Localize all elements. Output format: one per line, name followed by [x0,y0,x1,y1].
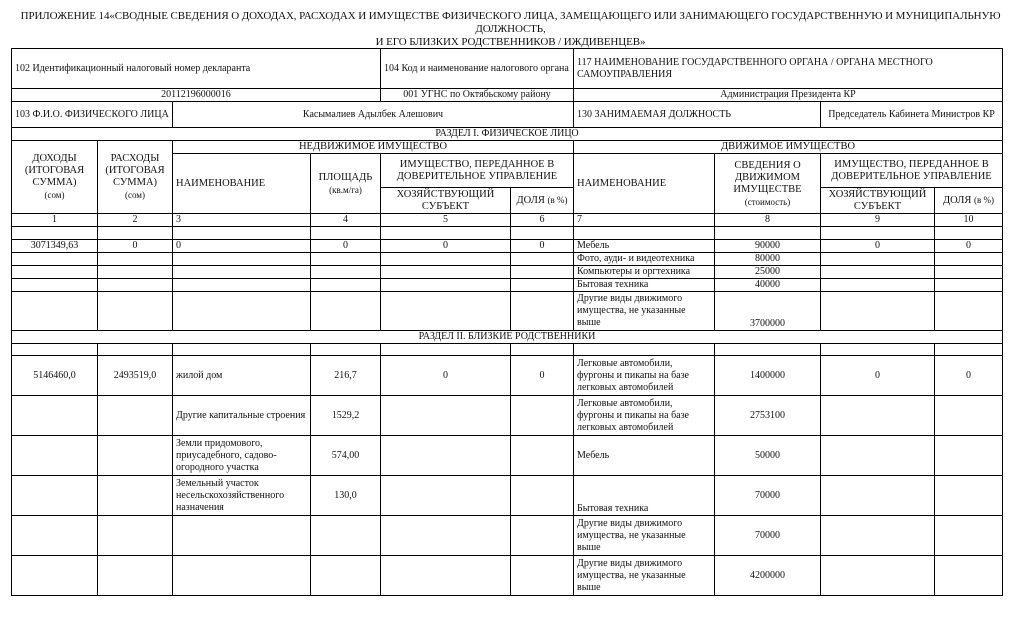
cell-mv-entity: 0 [821,240,935,253]
col-expenses-header: РАСХОДЫ (ИТОГОВАЯ СУММА) (сом) [98,141,173,214]
col-mv-info-header: СВЕДЕНИЯ О ДВИЖИМОМ ИМУЩЕСТВЕ (стоимость… [715,154,821,214]
col-number: 1 [12,214,98,227]
cell-expenses: 2493519,0 [98,356,173,396]
cell-mv-value: 25000 [715,266,821,279]
col-mv-share-unit: (в %) [974,195,994,205]
cell-mv-name: Мебель [574,240,715,253]
col-mv-trust-header: ИМУЩЕСТВО, ПЕРЕДАННОЕ В ДОВЕРИТЕЛЬНОЕ УП… [821,154,1003,188]
field-103-label: 103 Ф.И.О. ФИЗИЧЕСКОГО ЛИЦА [12,102,173,128]
table-row: Другие виды движимого имущества, не указ… [12,516,1003,556]
col-number: 8 [715,214,821,227]
title-line-1: ПРИЛОЖЕНИЕ 14«СВОДНЫЕ СВЕДЕНИЯ О ДОХОДАХ… [0,10,1021,36]
section-1-title: РАЗДЕЛ I. ФИЗИЧЕСКОЕ ЛИЦО [12,128,1003,141]
column-group-row: ДОХОДЫ (ИТОГОВАЯ СУММА) (сом) РАСХОДЫ (И… [12,141,1003,154]
field-117-label: 117 НАИМЕНОВАНИЕ ГОСУДАРСТВЕННОГО ОРГАНА… [574,49,1003,89]
header-values-row: 20112196000016 001 УГНС по Октябьскому р… [12,89,1003,102]
cell-area: 574,00 [311,436,381,476]
cell-re-share: 0 [511,356,574,396]
cell-re-name: Другие капитальные строения [173,396,311,436]
col-number: 4 [311,214,381,227]
cell-income: 3071349,63 [12,240,98,253]
cell-mv-value: 1400000 [715,356,821,396]
col-re-share-header: ДОЛЯ (в %) [511,188,574,214]
table-row: 3071349,63 0 0 0 0 0 Мебель 90000 0 0 [12,240,1003,253]
section-2-title: РАЗДЕЛ II. БЛИЗКИЕ РОДСТВЕННИКИ [12,331,1003,344]
cell-re-name: Земли придомового, приусадебного, садово… [173,436,311,476]
col-number: 6 [511,214,574,227]
cell-mv-name: Легковые автомобили, фургоны и пикапы на… [574,396,715,436]
cell-income: 5146460,0 [12,356,98,396]
cell-mv-value: 2753100 [715,396,821,436]
declaration-table: 102 Идентификационный налоговый номер де… [11,48,1003,596]
cell-mv-value: 80000 [715,253,821,266]
table-row: Земли придомового, приусадебного, садово… [12,436,1003,476]
col-number: 2 [98,214,173,227]
cell-mv-name: Легковые автомобили, фургоны и пикапы на… [574,356,715,396]
col-area-header: ПЛОЩАДЬ (кв.м/га) [311,154,381,214]
col-area-label: ПЛОЩАДЬ [314,172,377,184]
cell-re-name: 0 [173,240,311,253]
cell-expenses: 0 [98,240,173,253]
cell-area: 130,0 [311,476,381,516]
cell-mv-value: 50000 [715,436,821,476]
field-103-value: Касымалиев Адылбек Алешович [173,102,574,128]
table-row: Другие виды движимого имущества, не указ… [12,292,1003,331]
section-1-title-row: РАЗДЕЛ I. ФИЗИЧЕСКОЕ ЛИЦО [12,128,1003,141]
col-number: 10 [935,214,1003,227]
cell-mv-name: Мебель [574,436,715,476]
table-row: Земельный участок несельскохозяйственног… [12,476,1003,516]
col-movable-group: ДВИЖИМОЕ ИМУЩЕСТВО [574,141,1003,154]
col-number: 7 [574,214,715,227]
col-mv-info-unit: (стоимость) [718,196,817,208]
cell-mv-name: Другие виды движимого имущества, не указ… [574,556,715,596]
table-row: Компьютеры и оргтехника 25000 [12,266,1003,279]
cell-re-name: Земельный участок несельскохозяйственног… [173,476,311,516]
cell-mv-value: 3700000 [715,292,821,331]
col-income-header: ДОХОДЫ (ИТОГОВАЯ СУММА) (сом) [12,141,98,214]
field-102-value: 20112196000016 [12,89,381,102]
table-row: Другие виды движимого имущества, не указ… [12,556,1003,596]
document-title: ПРИЛОЖЕНИЕ 14«СВОДНЫЕ СВЕДЕНИЯ О ДОХОДАХ… [0,10,1021,49]
col-re-entity-header: ХОЗЯЙСТВУЮЩИЙ СУБЪЕКТ [381,188,511,214]
field-117-value: Администрация Президента КР [574,89,1003,102]
col-re-trust-header: ИМУЩЕСТВО, ПЕРЕДАННОЕ В ДОВЕРИТЕЛЬНОЕ УП… [381,154,574,188]
header-labels-row: 102 Идентификационный налоговый номер де… [12,49,1003,89]
cell-mv-value: 4200000 [715,556,821,596]
cell-area: 0 [311,240,381,253]
cell-re-entity: 0 [381,356,511,396]
cell-mv-value: 40000 [715,279,821,292]
cell-area: 216,7 [311,356,381,396]
field-104-value: 001 УГНС по Октябьскому району [381,89,574,102]
col-re-name-header: НАИМЕНОВАНИЕ [173,154,311,214]
col-expenses-label: РАСХОДЫ (ИТОГОВАЯ СУММА) [101,153,169,189]
field-102-label: 102 Идентификационный налоговый номер де… [12,49,381,89]
col-mv-share-header: ДОЛЯ (в %) [935,188,1003,214]
table-row: Фото, ауди- и видеотехника 80000 [12,253,1003,266]
col-number: 5 [381,214,511,227]
col-income-label: ДОХОДЫ (ИТОГОВАЯ СУММА) [15,153,94,189]
section-2-title-row: РАЗДЕЛ II. БЛИЗКИЕ РОДСТВЕННИКИ [12,331,1003,344]
table-row: 5146460,0 2493519,0 жилой дом 216,7 0 0 … [12,356,1003,396]
table-row: Бытовая техника 40000 [12,279,1003,292]
field-130-label: 130 ЗАНИМАЕМАЯ ДОЛЖНОСТЬ [574,102,821,128]
table-row: Другие капитальные строения 1529,2 Легко… [12,396,1003,436]
cell-mv-name: Фото, ауди- и видеотехника [574,253,715,266]
col-income-unit: (сом) [15,189,94,201]
header-name-row: 103 Ф.И.О. ФИЗИЧЕСКОГО ЛИЦА Касымалиев А… [12,102,1003,128]
col-mv-info-label: СВЕДЕНИЯ О ДВИЖИМОМ ИМУЩЕСТВЕ [718,160,817,196]
col-mv-name-header: НАИМЕНОВАНИЕ [574,154,715,214]
cell-mv-name: Компьютеры и оргтехника [574,266,715,279]
col-re-share-unit: (в %) [547,195,567,205]
cell-mv-entity: 0 [821,356,935,396]
col-number: 9 [821,214,935,227]
cell-mv-value: 70000 [715,476,821,516]
col-real-estate-group: НЕДВИЖИМОЕ ИМУЩЕСТВО [173,141,574,154]
cell-re-share: 0 [511,240,574,253]
spacer-row [12,344,1003,356]
col-expenses-unit: (сом) [101,189,169,201]
cell-mv-name: Другие виды движимого имущества, не указ… [574,292,715,331]
cell-mv-name: Другие виды движимого имущества, не указ… [574,516,715,556]
cell-re-entity: 0 [381,240,511,253]
col-mv-entity-header: ХОЗЯЙСТВУЮЩИЙ СУБЪЕКТ [821,188,935,214]
col-number: 3 [173,214,311,227]
cell-mv-name: Бытовая техника [574,476,715,516]
spacer-row [12,227,1003,240]
field-130-value: Председатель Кабинета Министров КР [821,102,1003,128]
cell-mv-share: 0 [935,356,1003,396]
column-numbers-row: 1 2 3 4 5 6 7 8 9 10 [12,214,1003,227]
cell-mv-name: Бытовая техника [574,279,715,292]
cell-re-name: жилой дом [173,356,311,396]
col-area-unit: (кв.м/га) [314,184,377,196]
col-mv-share-label: ДОЛЯ [943,195,971,206]
cell-mv-value: 70000 [715,516,821,556]
col-re-share-label: ДОЛЯ [517,195,545,206]
cell-mv-value: 90000 [715,240,821,253]
cell-mv-share: 0 [935,240,1003,253]
field-104-label: 104 Код и наименование налогового органа [381,49,574,89]
cell-area: 1529,2 [311,396,381,436]
